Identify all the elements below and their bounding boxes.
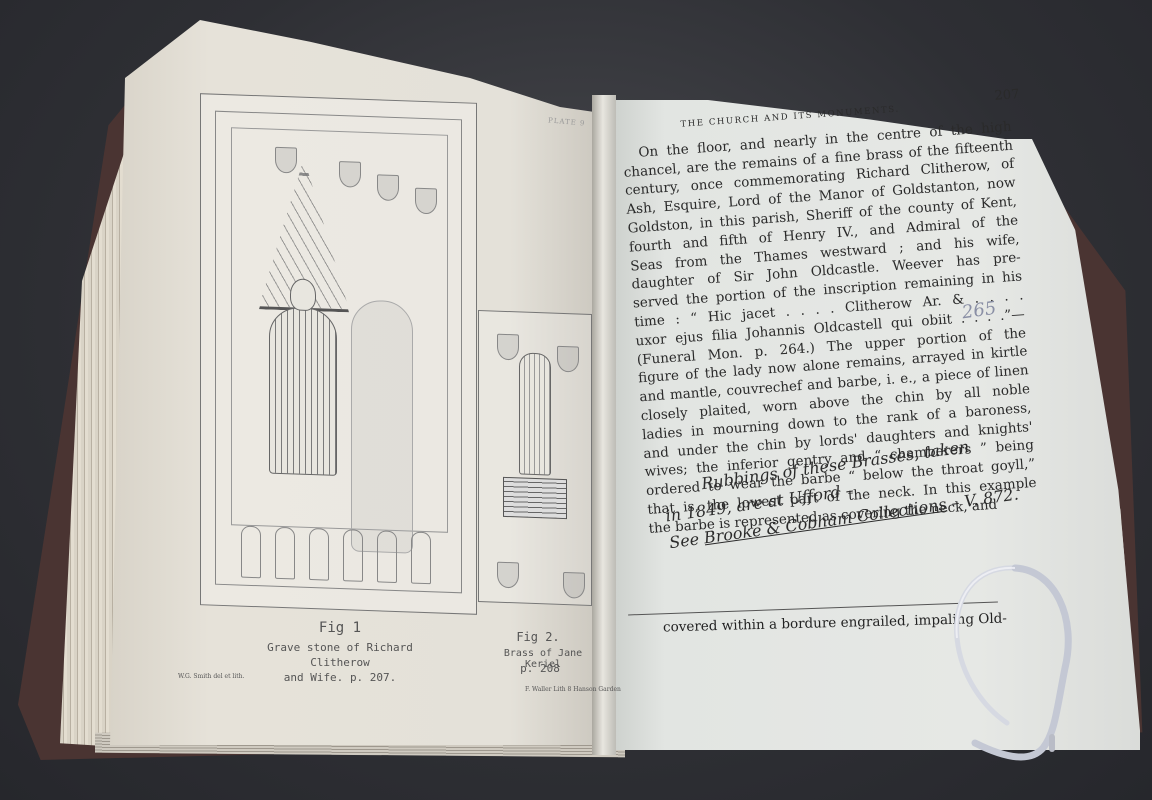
inscription-tablet <box>503 477 567 519</box>
brass-figure-jane-keriel <box>519 352 551 475</box>
figure-2-title: Fig 2. <box>513 630 563 644</box>
child-figure <box>241 526 261 579</box>
heraldic-shield-icon <box>557 346 579 373</box>
heraldic-shield-icon <box>415 188 437 215</box>
child-figure <box>411 532 431 585</box>
heraldic-shield-icon <box>563 572 585 599</box>
child-figure <box>275 527 295 580</box>
heraldic-shield-icon <box>377 174 399 201</box>
metal-ring-bookmark-icon[interactable] <box>945 558 1085 778</box>
figure-2-page-ref: p. 208 <box>510 662 570 675</box>
child-figure <box>343 529 363 582</box>
figure-1-caption: Grave stone of Richard Clitherow and Wif… <box>240 640 440 685</box>
figure-1-caption-line2: and Wife. p. 207. <box>240 670 440 685</box>
figure-2-brass-illustration <box>478 310 592 606</box>
figure-1-page-ref: p. 207. <box>350 671 396 684</box>
caption-text: and Wife. <box>284 671 344 684</box>
figure-1-gravestone-illustration <box>200 93 477 615</box>
figure-1-title: Fig 1 <box>300 620 380 636</box>
heraldic-shield-icon <box>275 147 297 174</box>
child-figure <box>309 528 329 581</box>
child-figure <box>377 530 397 583</box>
artist-credit: W.G. Smith del et lith. <box>178 673 244 680</box>
heraldic-shield-icon <box>497 562 519 589</box>
missing-figure-indent <box>351 299 413 553</box>
lady-head <box>290 278 316 311</box>
heraldic-shield-icon <box>497 334 519 361</box>
brass-figure-lady <box>269 307 337 476</box>
page-number: 207 <box>994 86 1020 106</box>
children-figures <box>241 526 431 588</box>
figure-1-caption-line1: Grave stone of Richard Clitherow <box>240 640 440 670</box>
heraldic-shield-icon <box>339 161 361 188</box>
handwritten-prefix: See <box>668 529 705 553</box>
lithographer-credit: F. Waller Lith 8 Hanson Garden <box>525 686 621 693</box>
